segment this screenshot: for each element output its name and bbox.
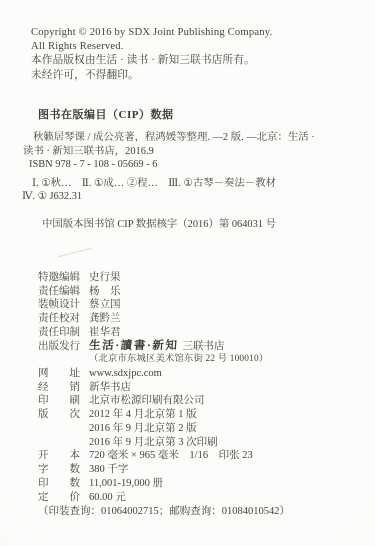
scan-smudge-mark [57, 248, 92, 258]
row-value: 杨 乐 [89, 286, 121, 297]
colophon-row-design: 装帧设计蔡立国 [38, 298, 290, 312]
cip-class-line1: Ⅰ. ①秋… Ⅱ. ①成… ②程… Ⅲ. ①古琴－奏法－教材 [22, 177, 276, 190]
row-value: 北京市松源印刷有限公司 [89, 395, 205, 406]
website-url: www.sdxjpc.com [89, 368, 162, 379]
colophon-row-distributor: 经 销新华书店 [38, 381, 290, 395]
row-label: 印 数 [38, 477, 83, 491]
rights-reserved-line: All Rights Reserved. [31, 40, 272, 54]
colophon-row-proofreading: 责任校对龚黔兰 [38, 312, 290, 326]
print-query-line: （印装查询：01064002715；邮购查询：01084010542） [38, 505, 290, 519]
cip-publisher-line: 读书 · 新知三联书店，2016.9 [23, 145, 315, 159]
row-label: 特邀编辑 [38, 271, 83, 285]
copyright-line-chinese: 本作品版权由生活 · 读书 · 新知三联书店所有。 [31, 54, 272, 68]
row-label: 版 次 [38, 408, 83, 422]
row-label: 经 销 [38, 381, 83, 395]
row-label: 责任校对 [38, 312, 83, 326]
row-label: 责任印制 [38, 326, 83, 340]
row-label: 出版发行 [38, 340, 83, 354]
row-value: 崔华君 [89, 327, 121, 338]
no-reprint-line: 未经许可，不得翻印。 [31, 69, 272, 83]
publisher-address: （北京市东城区美术馆东街 22 号 100010） [89, 354, 268, 364]
colophon-row-special-editor: 特邀编辑史行果 [38, 271, 290, 285]
row-label: 字 数 [38, 463, 83, 477]
cip-title-line: 秋籁居琴课 / 成公亮著，程鸿媛等整理. —2 版. —北京：生活 · [23, 131, 315, 145]
price-value: 60.00 元 [89, 492, 126, 503]
colophon-row-publisher-address: （北京市东城区美术馆东街 22 号 100010） [38, 353, 290, 367]
row-label: 开 本 [38, 449, 83, 463]
colophon-row-edition-2: 2016 年 9 月北京第 2 版 [38, 422, 290, 436]
row-value: 380 千字 [89, 464, 128, 475]
colophon-page: Copyright © 2016 by SDX Joint Publishing… [0, 0, 375, 546]
colophon-row-responsible-editor: 责任编辑杨 乐 [38, 285, 290, 299]
publisher-name: 三联书店 [182, 341, 224, 352]
publisher-logotype: 生活·讀書·新知 [89, 340, 179, 354]
colophon-row-website: 网 址www.sdxjpc.com [38, 367, 290, 381]
edition-line-1: 2012 年 4 月北京第 1 版 [89, 409, 197, 420]
colophon-table: 特邀编辑史行果 责任编辑杨 乐 装帧设计蔡立国 责任校对龚黔兰 责任印制崔华君 … [38, 271, 290, 518]
colophon-row-price: 定 价60.00 元 [38, 491, 290, 505]
row-value: 龚黔兰 [89, 313, 121, 324]
colophon-row-format: 开 本720 毫米 × 965 毫米 1/16 印张 23 [38, 449, 290, 463]
colophon-row-print-supervisor: 责任印制崔华君 [38, 326, 290, 340]
row-label: 网 址 [38, 367, 83, 381]
cip-record-number: 中国版本图书馆 CIP 数据核字（2016）第 064031 号 [42, 215, 276, 230]
colophon-row-edition: 版 次2012 年 4 月北京第 1 版 [38, 408, 290, 422]
cip-entry-block: 秋籁居琴课 / 成公亮著，程鸿媛等整理. —2 版. —北京：生活 · 读书 ·… [23, 131, 315, 172]
row-value: 史行果 [89, 272, 121, 283]
row-label: 责任编辑 [38, 285, 83, 299]
row-label: 印 刷 [38, 394, 83, 408]
colophon-row-print-run: 印 数11,001-19,000 册 [38, 477, 290, 491]
cip-classification-block: Ⅰ. ①秋… Ⅱ. ①成… ②程… Ⅲ. ①古琴－奏法－教材 Ⅳ. ① J632… [22, 177, 276, 204]
row-value: 新华书店 [89, 382, 131, 393]
row-label: 定 价 [38, 491, 83, 505]
colophon-row-printing: 2016 年 9 月北京第 3 次印刷 [38, 436, 290, 450]
row-label: 装帧设计 [38, 298, 83, 312]
edition-line-2: 2016 年 9 月北京第 2 版 [89, 423, 197, 434]
colophon-row-printer: 印 刷北京市松源印刷有限公司 [38, 394, 290, 408]
row-value: 蔡立国 [89, 299, 121, 310]
cip-class-line2: Ⅳ. ① J632.31 [22, 190, 276, 203]
copyright-line-english: Copyright © 2016 by SDX Joint Publishing… [31, 26, 272, 40]
row-value: 11,001-19,000 册 [89, 478, 163, 489]
row-value: 720 毫米 × 965 毫米 1/16 印张 23 [89, 450, 253, 461]
colophon-row-word-count: 字 数380 千字 [38, 463, 290, 477]
copyright-block: Copyright © 2016 by SDX Joint Publishing… [31, 26, 272, 83]
cip-heading: 图书在版编目（CIP）数据 [38, 106, 173, 122]
colophon-row-publisher: 出版发行生活·讀書·新知三联书店 [38, 340, 290, 354]
printing-line: 2016 年 9 月北京第 3 次印刷 [89, 437, 218, 448]
isbn-line: ISBN 978 - 7 - 108 - 05669 - 6 [23, 158, 315, 172]
